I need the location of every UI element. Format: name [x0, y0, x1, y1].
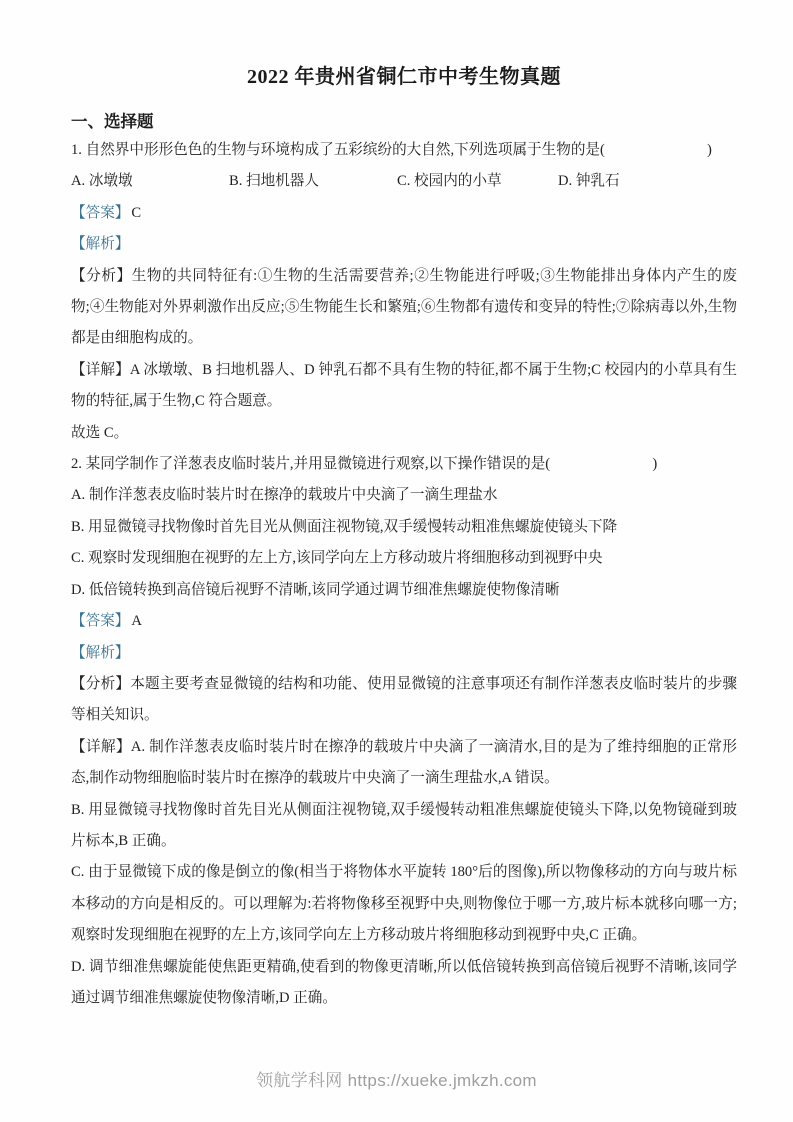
document-title: 2022 年贵州省铜仁市中考生物真题: [71, 0, 737, 92]
exam-document-page: 2022 年贵州省铜仁市中考生物真题 一、选择题 1. 自然界中形形色色的生物与…: [0, 0, 793, 1122]
question-2-option-c: C. 观察时发现细胞在视野的左上方,该同学向左上方移动玻片将细胞移动到视野中央: [71, 543, 737, 574]
question-2-answer-value: A: [131, 613, 142, 629]
question-2-detail-paragraph-c: C. 由于显微镜下成的像是倒立的像(相当于将物体水平旋转 180°后的图像),所…: [71, 857, 737, 951]
question-2-option-b: B. 用显微镜寻找物像时首先目光从侧面注视物镜,双手缓慢转动粗准焦螺旋使镜头下降: [71, 512, 737, 543]
question-1-option-d: D. 钟乳石: [558, 166, 737, 197]
question-1-conclusion: 故选 C。: [71, 418, 737, 449]
question-1-options-row: A. 冰墩墩 B. 扫地机器人 C. 校园内的小草 D. 钟乳石: [71, 166, 737, 197]
question-1-option-c: C. 校园内的小草: [397, 166, 558, 197]
document-content: 2022 年贵州省铜仁市中考生物真题 一、选择题 1. 自然界中形形色色的生物与…: [0, 0, 793, 1014]
question-1-answer-line: 【答案】C: [71, 198, 737, 229]
analysis-label: 【解析】: [71, 236, 129, 252]
question-2-answer-line: 【答案】A: [71, 606, 737, 637]
section-heading-multiple-choice: 一、选择题: [71, 110, 737, 133]
question-2-option-d: D. 低倍镜转换到高倍镜后视野不清晰,该同学通过调节细准焦螺旋使物像清晰: [71, 575, 737, 606]
document-body: 1. 自然界中形形色色的生物与环境构成了五彩缤纷的大自然,下列选项属于生物的是(…: [71, 135, 737, 1014]
question-1-analysis-label-line: 【解析】: [71, 229, 737, 260]
question-2-option-a: A. 制作洋葱表皮临时装片时在擦净的载玻片中央滴了一滴生理盐水: [71, 480, 737, 511]
answer-label: 【答案】: [71, 613, 129, 629]
question-1-option-b: B. 扫地机器人: [229, 166, 397, 197]
question-2-detail-paragraph-d: D. 调节细准焦螺旋能使焦距更精确,使看到的物像更清晰,所以低倍镜转换到高倍镜后…: [71, 952, 737, 1015]
question-2-stem: 2. 某同学制作了洋葱表皮临时装片,并用显微镜进行观察,以下操作错误的是( ): [71, 449, 737, 480]
watermark-site-link: 领航学科网 https://xueke.jmkzh.com: [256, 1071, 537, 1090]
question-2-detail-paragraph-b: B. 用显微镜寻找物像时首先目光从侧面注视物镜,双手缓慢转动粗准焦螺旋使镜头下降…: [71, 795, 737, 858]
question-1-analysis-paragraph: 【分析】生物的共同特征有:①生物的生活需要营养;②生物能进行呼吸;③生物能排出身…: [71, 261, 737, 355]
question-1-option-a: A. 冰墩墩: [71, 166, 229, 197]
question-2-analysis-label-line: 【解析】: [71, 638, 737, 669]
analysis-label: 【解析】: [71, 645, 129, 661]
question-1-detail-paragraph: 【详解】A 冰墩墩、B 扫地机器人、D 钟乳石都不具有生物的特征,都不属于生物;…: [71, 355, 737, 418]
answer-label: 【答案】: [71, 205, 129, 221]
question-2-detail-paragraph-a: 【详解】A. 制作洋葱表皮临时装片时在擦净的载玻片中央滴了一滴清水,目的是为了维…: [71, 732, 737, 795]
watermark-footer: 领航学科网 https://xueke.jmkzh.com: [0, 1066, 793, 1091]
question-1-answer-value: C: [131, 205, 141, 221]
question-1-stem: 1. 自然界中形形色色的生物与环境构成了五彩缤纷的大自然,下列选项属于生物的是(…: [71, 135, 737, 166]
question-2-analysis-paragraph: 【分析】本题主要考查显微镜的结构和功能、使用显微镜的注意事项还有制作洋葱表皮临时…: [71, 669, 737, 732]
